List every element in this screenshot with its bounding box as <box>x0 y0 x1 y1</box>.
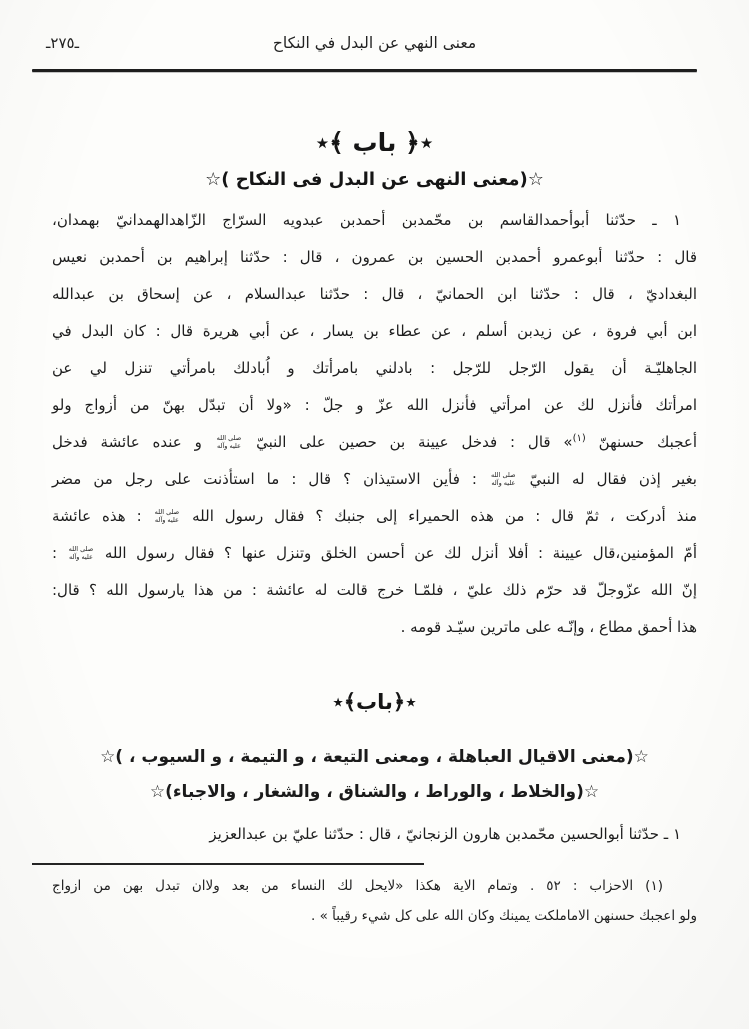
footnote: (١) الاحزاب : ٥٢ . وتمام الاية هكذا «لاي… <box>52 871 697 931</box>
chapter-heading-2: ٭﴿باب﴾٭ <box>52 690 697 714</box>
text-line: هذا أحمق مطاع ، وإنّـه على ماترين سيّـد … <box>52 609 697 646</box>
text-line: ابن أبي فروة ، عن زيدبن أسلم ، عن عطاء ب… <box>52 313 697 350</box>
text-line: ولو اعجبك حسنهن الاماملكت يمينك وكان الل… <box>52 901 697 931</box>
text-line: البغداديّ ، قال : حدّثنا ابن الحمانيّ ، … <box>52 276 697 313</box>
footnote-ref: (١) <box>573 433 586 444</box>
text-line: بغير إذن فقال له النبيّ صلى اللهعليه وآل… <box>52 461 697 498</box>
salawat-mark: صلى اللهعليه وآله <box>491 472 516 486</box>
text-line: منذ أدركت ، ثمّ قال : من هذه الحميراء إل… <box>52 498 697 535</box>
text-line: (١) الاحزاب : ٥٢ . وتمام الاية هكذا «لاي… <box>52 871 697 901</box>
footnote-rule <box>32 863 424 865</box>
header-rule <box>32 69 697 72</box>
text-line: الجاهليّـة أن يقول الرّجل للرّجل : بادلن… <box>52 350 697 387</box>
text-line: امرأتك فأنزل لك عن امرأتي فأنزل الله عزّ… <box>52 387 697 424</box>
hadith-paragraph-2: ١ ـ حدّثنا أبوالحسين محّمدبن هارون الزنج… <box>52 816 697 853</box>
text-line: أمّ المؤمنين،قال عيينة : أفلا أنزل لك عن… <box>52 535 697 572</box>
chapter-heading: ٭﴿ باب ﴾٭ <box>52 128 697 157</box>
salawat-mark: صلى اللهعليه وآله <box>217 435 242 449</box>
book-page: ـ٢٧٥ـ معنى النهي عن البدل في النكاح ٭﴿ ب… <box>0 0 749 1029</box>
salawat-mark: صلى اللهعليه وآله <box>155 509 180 523</box>
text-line: أعجبك حسنهنّ (١)» قال : فدخل عيينة بن حص… <box>52 424 697 461</box>
chapter-subtitle-2-line1: ☆(معنى الاقيال العباهلة ، ومعنى التيعة ،… <box>52 740 697 775</box>
page-header: ـ٢٧٥ـ معنى النهي عن البدل في النكاح <box>52 34 697 60</box>
running-title: معنى النهي عن البدل في النكاح <box>52 34 697 52</box>
chapter-subtitle-2-line2: ☆(والخلاط ، والوراط ، والشناق ، والشغار … <box>52 775 697 810</box>
salawat-mark: صلى اللهعليه وآله <box>69 546 94 560</box>
chapter-subtitle-2: ☆(معنى الاقيال العباهلة ، ومعنى التيعة ،… <box>52 740 697 810</box>
hadith-paragraph: ١ ـ حدّثنا أبوأحمدالقاسم بن محّمدبن أحمد… <box>52 202 697 646</box>
text-line: ١ ـ حدّثنا أبوأحمدالقاسم بن محّمدبن أحمد… <box>52 202 697 239</box>
text-line: قال : حدّثنا أبوعمرو أحمدبن الحسين بن عم… <box>52 239 697 276</box>
chapter-subtitle: ☆(معنى النهى عن البدل فى النكاح )☆ <box>52 169 697 190</box>
text-line: إنّ الله عزّوجلّ قد حرّم ذلك عليّ ، فلمّ… <box>52 572 697 609</box>
text-line: ١ ـ حدّثنا أبوالحسين محّمدبن هارون الزنج… <box>52 816 697 853</box>
